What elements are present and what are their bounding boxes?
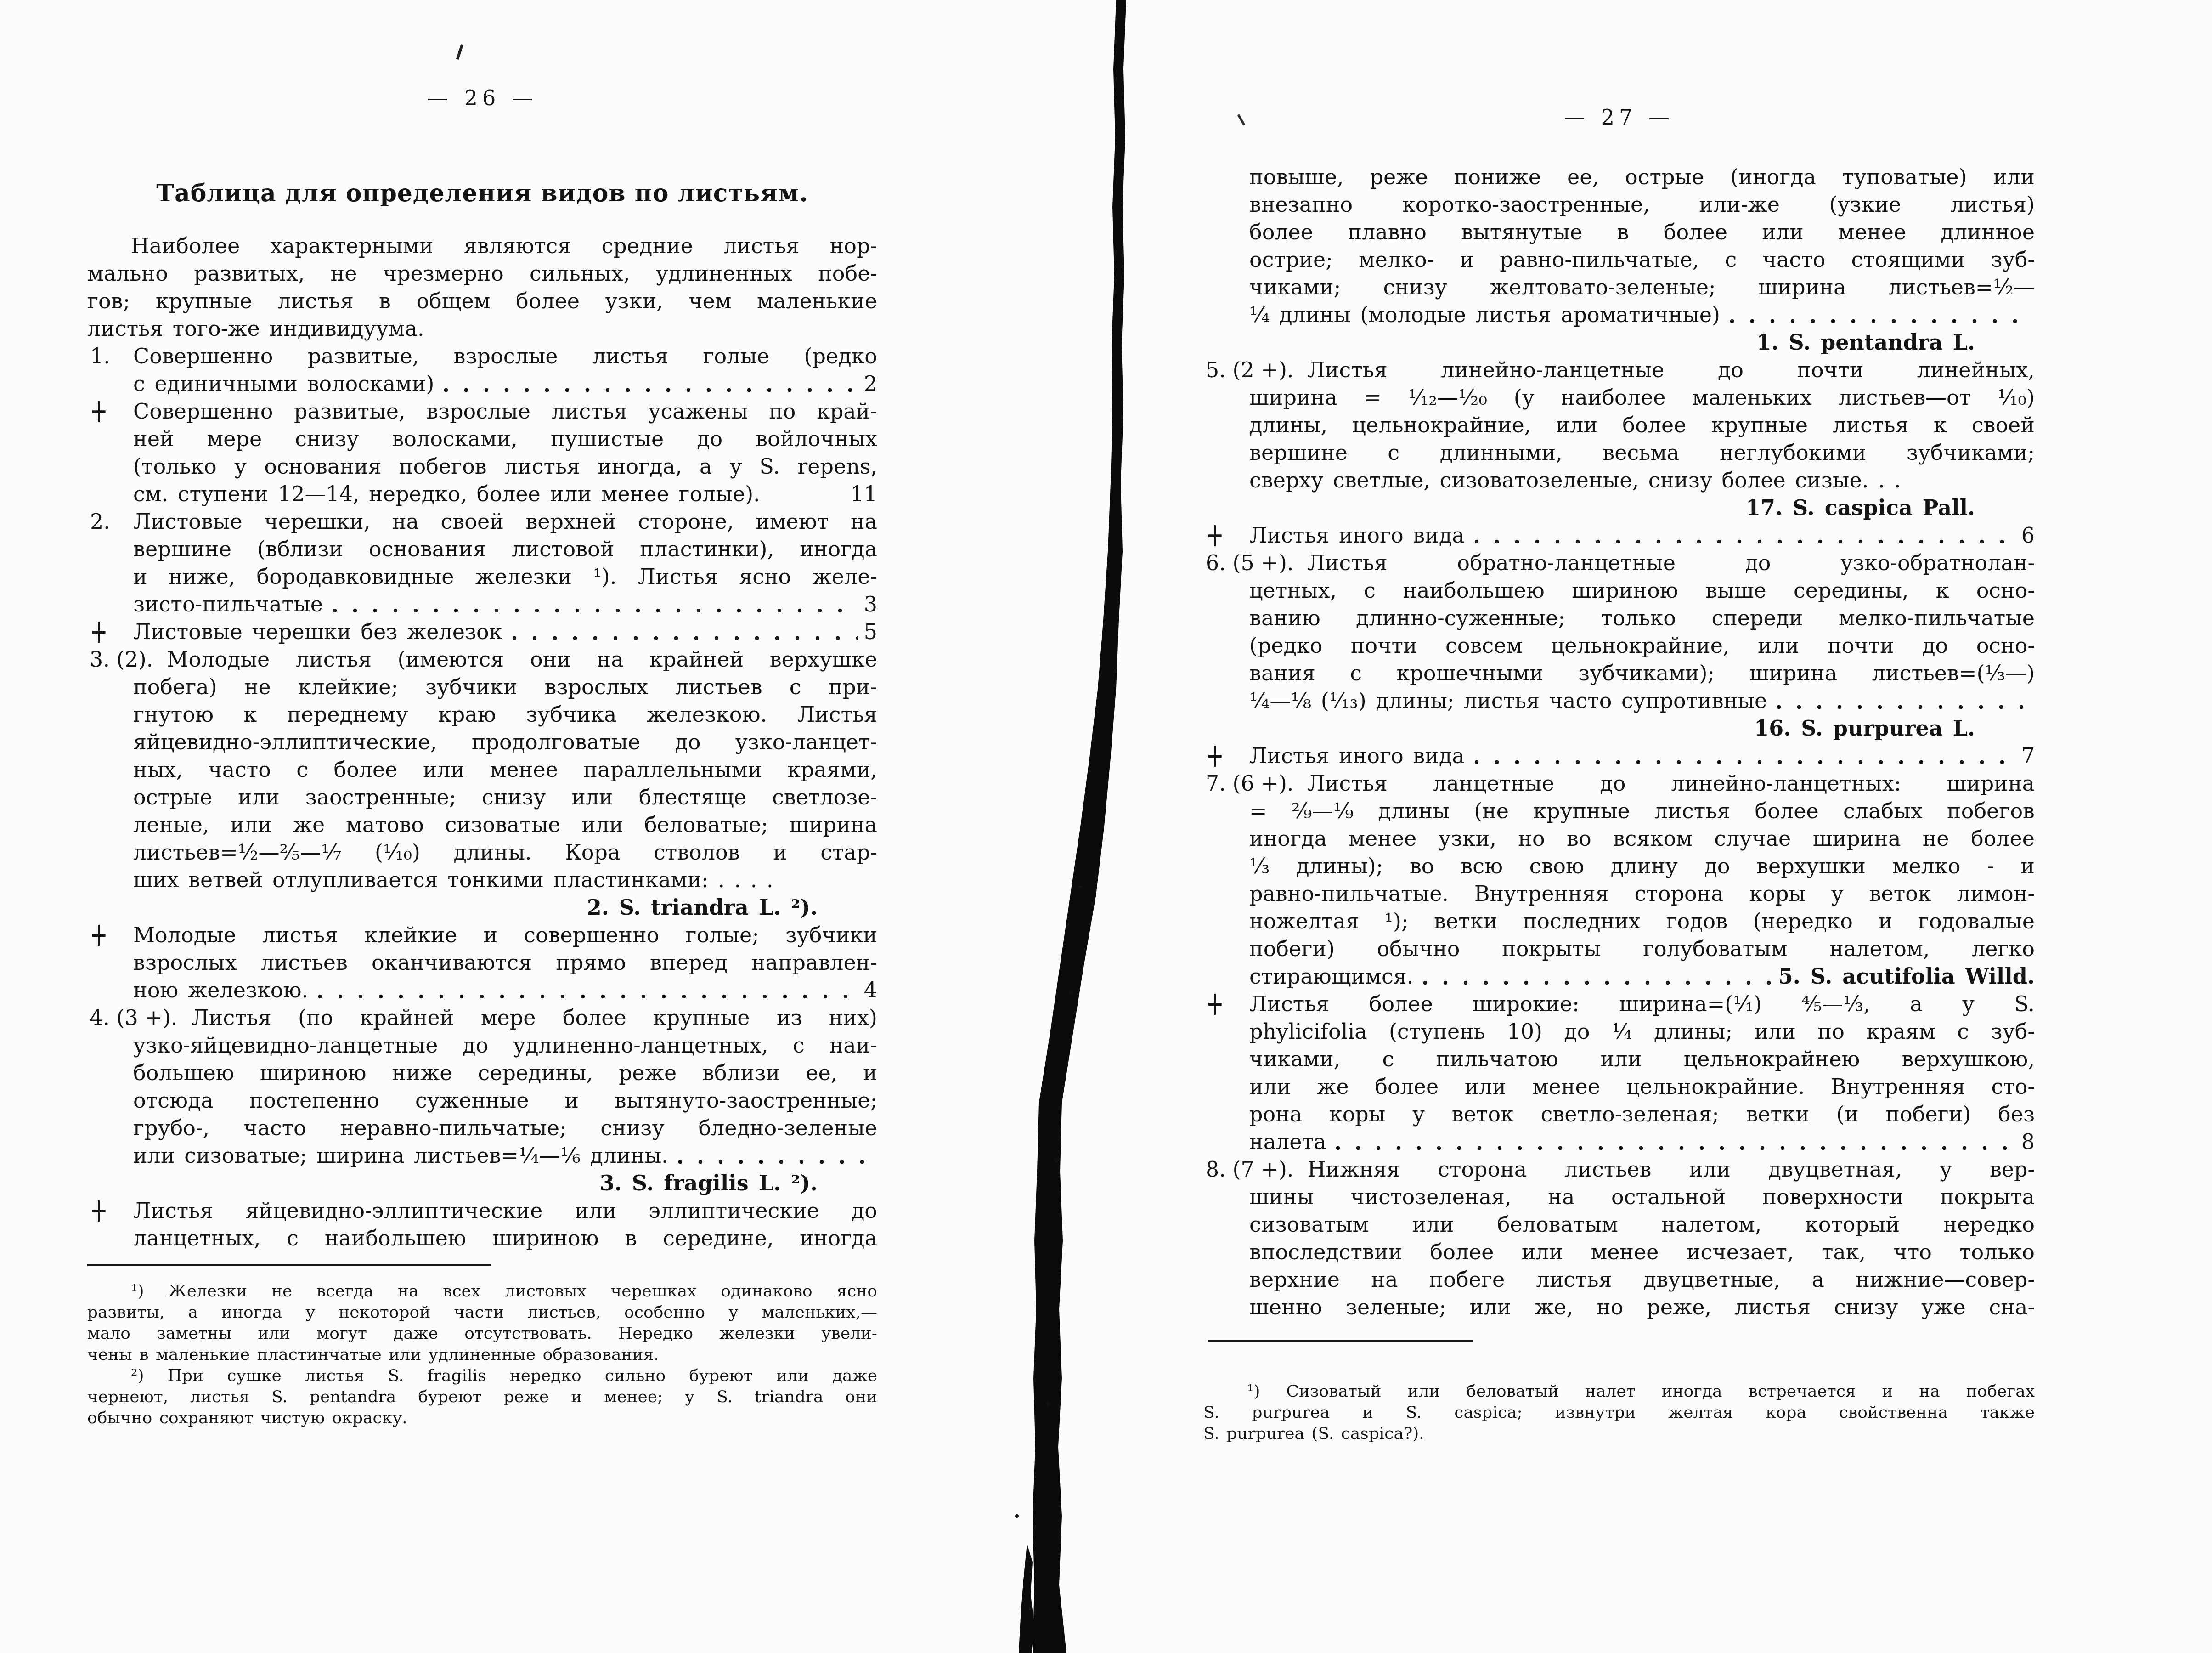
text-line: отсюда постепенно суженные и вытянуто-за… [133,1087,877,1114]
species-name: 3. S. fragilis L. ²). [133,1169,877,1197]
text-line: ¹) Сизоватый или беловатый налет иногда … [1203,1381,2035,1402]
species-name: 2. S. triandra L. ²). [133,894,877,921]
ref-number: 5 [864,618,877,645]
text-line: грубо-, часто неравно-пильчатые; снизу б… [133,1114,877,1142]
ref-number: 3 [864,590,877,618]
ref-number: 6 [2021,521,2035,549]
footnote-separator [87,1264,491,1266]
entry-marker: 4. (3 +). [90,1004,191,1031]
entry-marker: + [90,388,108,432]
text-line: ней мере снизу волосками, пушистые до во… [133,425,877,453]
leader-line: налета8 [1249,1128,2035,1155]
leader-dots [332,607,858,614]
key-entry: 1.Совершенно развитые, взрослые листья г… [87,342,877,397]
key-entry: повыше, реже пониже ее, острые (иногда т… [1203,163,2035,356]
line-text: налета [1249,1128,1326,1155]
text-line: Листья линейно-ланцетные до почти линейн… [1249,356,2035,384]
text-line: Молодые листья (имеются они на крайней в… [133,645,877,673]
text-line: = ²⁄₉—¹⁄₉ длины (не крупные листья более… [1249,797,2035,825]
leader-line: зисто-пильчатые3 [133,590,877,618]
text-line: (только у основания побегов листья иногд… [133,453,877,480]
text-line: большею шириною ниже середины, реже вбли… [133,1059,877,1087]
line-text: стирающимся. [1249,962,1413,990]
species-name: 17. S. caspica Pall. [1249,494,2035,521]
text-line: Листья обратно-ланцетные до узко-обратно… [1249,549,2035,577]
text-line: ¹⁄₃ длины); во всю свою длину до верхушк… [1249,852,2035,880]
text-line: верхние на побеге листья двуцветные, а н… [1249,1266,2035,1293]
line-text: ¹⁄₄—¹⁄₈ (¹⁄₁₃) длины; листья часто супро… [1249,687,1767,714]
text-line: взрослых листьев оканчиваются прямо впер… [133,949,877,976]
key-entry: 8. (7 +).Нижняя сторона листьев или двуц… [1203,1155,2035,1321]
text-line: гов; крупные листья в общем более узки, … [87,287,877,315]
text-line: ²) При сушке листья S. fragilis нередко … [87,1365,877,1387]
text-line: S. purpurea (S. caspica?). [1203,1423,2035,1444]
footnote-separator [1208,1340,1473,1342]
leader-line: ною железкою.4 [133,976,877,1004]
line-text: Листья иного вида [1249,521,1465,549]
key-entries-right: повыше, реже пониже ее, острые (иногда т… [1203,163,2035,1321]
text-line: острые или заостренные; снизу или блестя… [133,783,877,811]
leader-line: Листья иного вида7 [1249,742,2035,770]
text-line: ножелтая ¹); ветки последних годов (нере… [1249,907,2035,935]
text-line: Совершенно развитые, взрослые листья уса… [133,397,877,425]
text-line: Листья яйцевидно-эллиптические или эллип… [133,1197,877,1224]
entry-marker: 8. (7 +). [1206,1155,1307,1183]
ref-number: 11 [850,480,877,508]
text-line: развиты, а иногда у некоторой части лист… [87,1302,877,1323]
line-text: или сизоватые; ширина листьев=¹⁄₄—¹⁄₆ дл… [133,1142,668,1169]
text-line: более плавно вытянутые в более или менее… [1249,218,2035,246]
key-entry: 3. (2).Молодые листья (имеются они на кр… [87,645,877,921]
leader-line: Листовые черешки без железок5 [133,618,877,645]
leader-line: см. ступени 12—14, нередко, более или ме… [133,480,877,508]
text-line: побеги) обычно покрыты голубоватым налет… [1249,935,2035,962]
text-line: Совершенно развитые, взрослые листья гол… [133,342,877,370]
footnotes-left: ¹) Железки не всегда на всех листовых че… [87,1281,877,1429]
text-line: листьев=½—²⁄₅—¹⁄₇ (¹⁄₁₀) длины. Кора ств… [133,838,877,866]
line-text: с единичными волосками) [133,370,434,397]
text-line: длины, цельнокрайние, или более крупные … [1249,411,2035,439]
species-name: 16. S. purpurea L. [1249,714,2035,742]
page-number-right: — 27 — [1203,105,2035,130]
leader-line: ¼ длины (молодые листья ароматичные) [1249,301,2035,328]
leader-line: или сизоватые; ширина листьев=¹⁄₄—¹⁄₆ дл… [133,1142,877,1169]
text-line: phylicifolia (ступень 10) до ¹⁄₄ длины; … [1249,1018,2035,1045]
line-text: см. ступени 12—14, нередко, более или ме… [133,480,760,508]
text-line: вания с крошечными зубчиками); ширина ли… [1249,659,2035,687]
entry-marker: 7. (6 +). [1206,770,1307,797]
leader-dots [317,993,858,1000]
leader-line: ¹⁄₄—¹⁄₈ (¹⁄₁₃) длины; листья часто супро… [1249,687,2035,714]
footnotes-right: ¹) Сизоватый или беловатый налет иногда … [1203,1381,2035,1444]
text-line: внезапно коротко-заостренные, или-же (уз… [1249,191,2035,218]
key-entry: +Листья иного вида6 [1203,521,2035,549]
text-line: сизоватым или беловатым налетом, который… [1249,1211,2035,1238]
text-line: мало заметны или могут даже отсутствоват… [87,1323,877,1344]
ref-number: 8 [2021,1128,2035,1155]
text-line: Листья более широкие: ширина=(¹⁄₁) ⁴⁄₅—¹… [1249,990,2035,1018]
text-line: мально развитых, не чрезмерно сильных, у… [87,260,877,287]
entry-marker: + [1206,981,1224,1025]
text-line: ¹) Железки не всегда на всех листовых че… [87,1281,877,1302]
ref-number: 2 [864,370,877,397]
text-line: рона коры у веток светло-зеленая; ветки … [1249,1100,2035,1128]
text-line: ланцетных, с наибольшею шириною в середи… [133,1224,877,1252]
key-entry: 6. (5 +).Листья обратно-ланцетные до узк… [1203,549,2035,742]
ref-number: 4 [864,976,877,1004]
text-line: и ниже, бородавковидные железки ¹). Лист… [133,563,877,590]
text-line: гнутою к переднему краю зубчика железкою… [133,701,877,728]
leader-line: с единичными волосками)2 [133,370,877,397]
text-line: равно-пильчатые. Внутренняя сторона коры… [1249,880,2035,907]
entry-marker: + [90,1188,108,1232]
text-line: узко-яйцевидно-ланцетные до удлиненно-ла… [133,1031,877,1059]
entry-marker: 3. (2). [90,645,167,673]
leader-dots [1729,317,2028,325]
page-number-left: — 26 — [87,85,877,110]
line-text: ною железкою. [133,976,308,1004]
text-line: обычно сохраняют чистую окраску. [87,1408,877,1429]
text-line: цетных, с наибольшею шириною выше середи… [1249,577,2035,604]
entry-marker: 5. (2 +). [1206,356,1307,384]
text-line: побега) не клейкие; зубчики взрослых лис… [133,673,877,701]
leader-dots [1422,979,1772,986]
entry-marker: 6. (5 +). [1206,549,1307,577]
text-line: Листья ланцетные до линейно-ланцетных: ш… [1249,770,2035,797]
key-entry: 4. (3 +).Листья (по крайней мере более к… [87,1004,877,1197]
text-line: S. purpurea и S. caspica; извнутри желта… [1203,1402,2035,1423]
leader-line: стирающимся.5. S. acutifolia Willd. [1249,962,2035,990]
entry-marker: 1. [90,342,110,370]
key-entry: +Листовые черешки без железок5 [87,618,877,645]
text-line: сверху светлые, сизоватозеленые, снизу б… [1249,466,2035,494]
intro-paragraph: Наиболее характерными являются средние л… [87,232,877,342]
key-entry: 2.Листовые черешки, на своей верхней сто… [87,508,877,618]
text-line: ширина = ¹⁄₁₂—¹⁄₂₀ (у наиболее маленьких… [1249,384,2035,411]
text-line: впоследствии более или менее исчезает, т… [1249,1238,2035,1266]
text-line: шины чистозеленая, на остальной поверхно… [1249,1183,2035,1211]
text-line: или же более или менее цельнокрайние. Вн… [1249,1073,2035,1100]
section-title: Таблица для определения видов по листьям… [87,179,877,207]
key-entries-left: 1.Совершенно развитые, взрослые листья г… [87,342,877,1252]
entry-marker: + [90,912,108,956]
line-text: Листья иного вида [1249,742,1465,770]
text-line: ших ветвей отлупливается тонкими пластин… [133,866,877,894]
text-line: ванию длинно-суженные; только спереди ме… [1249,604,2035,632]
entry-marker: 2. [90,508,110,535]
text-line: чиками; снизу желтовато-зеленые; ширина … [1249,273,2035,301]
text-line: чернеют, листья S. pentandra буреют реже… [87,1387,877,1408]
line-text: ¼ длины (молодые листья ароматичные) [1249,301,1720,328]
text-line: (редко почти совсем цельнокрайние, или п… [1249,632,2035,659]
text-line: Листовые черешки, на своей верхней сторо… [133,508,877,535]
leader-dots [443,386,857,394]
text-line: Листья (по крайней мере более крупные из… [133,1004,877,1031]
text-line: ных, часто с более или менее параллельны… [133,756,877,783]
leader-dots [677,1158,871,1166]
ref-number: 7 [2021,742,2035,770]
leader-dots [769,497,844,504]
text-line: повыше, реже пониже ее, острые (иногда т… [1249,163,2035,191]
leader-dots [1335,1144,2014,1152]
text-line: Наиболее характерными являются средние л… [87,232,877,260]
text-line: листья того-же индивидуума. [87,315,877,342]
text-line: чиками, с пильчатою или цельнокрайнею ве… [1249,1045,2035,1073]
species-name: 1. S. pentandra L. [1249,328,2035,356]
key-entry: +Листья более широкие: ширина=(¹⁄₁) ⁴⁄₅—… [1203,990,2035,1155]
species-name: 5. S. acutifolia Willd. [1778,962,2035,990]
leader-dots [1474,759,2015,766]
text-line: острие; мелко- и равно-пильчатые, с част… [1249,246,2035,273]
scanned-book-spread: { "document": { "kind": "scanned botanic… [0,0,2212,1653]
key-entry: +Листья яйцевидно-эллиптические или элли… [87,1197,877,1252]
text-line: леные, или же матово сизоватые или белов… [133,811,877,838]
key-entry: +Молодые листья клейкие и совершенно гол… [87,921,877,1004]
text-line: вершине с длинными, весьма неглубокими з… [1249,439,2035,466]
text-line: чены в маленькие пластинчатые или удлине… [87,1344,877,1365]
key-entry: +Совершенно развитые, взрослые листья ус… [87,397,877,508]
line-text: зисто-пильчатые [133,590,323,618]
leader-line: Листья иного вида6 [1249,521,2035,549]
text-line: Нижняя сторона листьев или двуцветная, у… [1249,1155,2035,1183]
leader-dots [512,634,858,642]
text-line: Молодые листья клейкие и совершенно голы… [133,921,877,949]
text-line: иногда менее узки, но во всяком случае ш… [1249,825,2035,852]
key-entry: 7. (6 +).Листья ланцетные до линейно-лан… [1203,770,2035,990]
key-entry: 5. (2 +).Листья линейно-ланцетные до поч… [1203,356,2035,521]
leader-dots [1776,703,2028,711]
line-text: Листовые черешки без железок [133,618,502,645]
text-line: вершине (вблизи основания листовой пласт… [133,535,877,563]
text-line: шенно зеленые; или же, но реже, листья с… [1249,1293,2035,1321]
text-line: яйцевидно-эллиптические, продолговатые д… [133,728,877,756]
leader-dots [1474,538,2015,545]
key-entry: +Листья иного вида7 [1203,742,2035,770]
